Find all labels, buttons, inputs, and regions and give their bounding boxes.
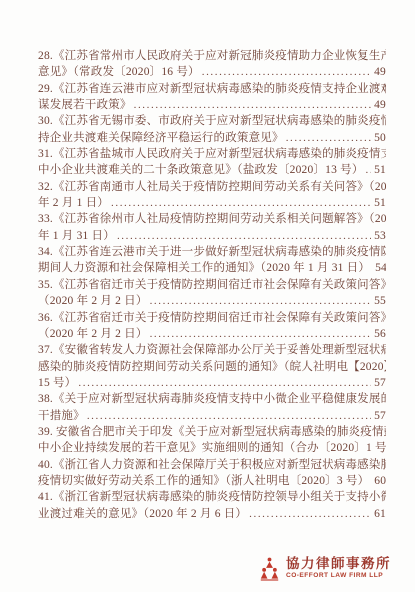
- page-number: 49: [374, 64, 386, 80]
- toc-entry: 35.《江苏省宿迁市关于疫情防控期间宿迁市社会保障有关政策问答》（2020 年 …: [38, 277, 386, 310]
- toc-line-text: 30.《江苏省无锡市委、市政府关于应对新型冠状病毒感染的肺炎疫情支: [38, 113, 386, 129]
- toc-line: 28.《江苏省常州市人民政府关于应对新冠肺炎疫情助力企业恢复生产的: [38, 48, 386, 64]
- toc-line: 40.《浙江省人力资源和社会保障厅关于积极应对新型冠状病毒感染肺炎: [38, 457, 386, 473]
- toc-line: 谋发展若干政策》49: [38, 97, 386, 113]
- toc-entry: 33.《江苏省徐州市人社局疫情防控期间劳动关系相关问题解答》（2020年 1 月…: [38, 211, 386, 244]
- toc-line-text: 33.《江苏省徐州市人社局疫情防控期间劳动关系相关问题解答》（2020: [38, 211, 386, 227]
- page-number: 49: [374, 97, 386, 113]
- toc-entry: 39. 安徽省合肥市关于印发《关于应对新型冠状病毒感染的肺炎疫情鼓励中小企业持续…: [38, 424, 386, 457]
- toc-line: 持企业共渡难关保障经济平稳运行的政策意见》50: [38, 130, 386, 146]
- toc-line-text: 40.《浙江省人力资源和社会保障厅关于积极应对新型冠状病毒感染肺炎: [38, 457, 386, 473]
- toc-line-text: 中小企业持续发展的若干意见》实施细则的通知（合办〔2020〕1 号）: [38, 440, 386, 456]
- toc-line: 中小企业共渡难关的二十条政策意见》（盐政发〔2020〕13 号）51: [38, 162, 386, 178]
- dot-leader: [202, 64, 371, 80]
- toc-line: 35.《江苏省宿迁市关于疫情防控期间宿迁市社会保障有关政策问答》: [38, 277, 386, 293]
- toc-line-text: 32.《江苏省南通市人社局关于疫情防控期间劳动关系有关问答》（2020: [38, 179, 386, 195]
- toc-entry: 34.《江苏省连云港市关于进一步做好新型冠状病毒感染的肺炎疫情防控期间人力资源和…: [38, 244, 386, 277]
- dot-leader: [150, 326, 372, 342]
- toc-line: 干措施》57: [38, 408, 386, 424]
- toc-entry: 31.《江苏省盐城市人民政府关于应对新型冠状病毒感染的肺炎疫情支持中小企业共渡难…: [38, 146, 386, 179]
- toc-line-text: 29.《江苏省连云港市应对新型冠状病毒感染的肺炎疫情支持企业渡难关: [38, 81, 386, 97]
- page-number: 54: [375, 260, 386, 276]
- toc-line-text: 41.《浙江省新型冠状病毒感染的肺炎疫情防控领导小组关于支持小微企: [38, 489, 386, 505]
- toc-line: （2020 年 2 月 2 日）55: [38, 293, 386, 309]
- toc-line: 33.《江苏省徐州市人社局疫情防控期间劳动关系相关问题解答》（2020: [38, 211, 386, 227]
- toc-line-text: 期间人力资源和社会保障相关工作的通知》（2020 年 1 月 31 日）: [38, 260, 370, 276]
- firm-names: 協力律師事務所 CO-EFFORT LAW FIRM LLP: [286, 557, 391, 580]
- page-number: 53: [374, 228, 386, 244]
- law-firm-emblem-icon: [258, 556, 281, 581]
- toc-line: 中小企业持续发展的若干意见》实施细则的通知（合办〔2020〕1 号）59: [38, 440, 386, 456]
- toc-line-text: 36.《江苏省宿迁市关于疫情防控期间宿迁市社会保障有关政策问答》: [38, 310, 386, 326]
- page-number: 60: [374, 473, 386, 489]
- toc-line: 感染的肺炎疫情防控期间劳动关系问题的通知》（皖人社明电【2020】: [38, 359, 386, 375]
- document-page: 28.《江苏省常州市人民政府关于应对新冠肺炎疫情助力企业恢复生产的意见》（常政发…: [0, 0, 415, 592]
- toc-line: 37.《安徽省转发人力资源社会保障部办公厅关于妥善处理新型冠状病毒: [38, 342, 386, 358]
- toc-line: 34.《江苏省连云港市关于进一步做好新型冠状病毒感染的肺炎疫情防控: [38, 244, 386, 260]
- firm-name-zh: 協力律師事務所: [286, 557, 391, 571]
- toc-line: 38.《关于应对新型冠状病毒肺炎疫情支持中小微企业平稳健康发展的若: [38, 391, 386, 407]
- toc-line-text: 谋发展若干政策》: [38, 97, 132, 113]
- footer-logo: 協力律師事務所 CO-EFFORT LAW FIRM LLP: [258, 556, 391, 581]
- toc-line-text: 持企业共渡难关保障经济平稳运行的政策意见》: [38, 130, 284, 146]
- toc-line: 意见》（常政发〔2020〕16 号）49: [38, 64, 386, 80]
- toc-line-text: 39. 安徽省合肥市关于印发《关于应对新型冠状病毒感染的肺炎疫情鼓励: [38, 424, 386, 440]
- toc-entry: 40.《浙江省人力资源和社会保障厅关于积极应对新型冠状病毒感染肺炎疫情切实做好劳…: [38, 457, 386, 490]
- toc-line: 39. 安徽省合肥市关于印发《关于应对新型冠状病毒感染的肺炎疫情鼓励: [38, 424, 386, 440]
- toc-line-text: 疫情切实做好劳动关系工作的通知》（浙人社明电〔2020〕3 号）: [38, 473, 369, 489]
- page-number: 57: [374, 375, 386, 391]
- page-number: 51: [374, 195, 386, 211]
- dot-leader: [78, 375, 371, 391]
- page-number: 50: [374, 130, 386, 146]
- toc-line-text: 年 2 月 1 日）: [38, 195, 109, 211]
- toc-line-text: 38.《关于应对新型冠状病毒肺炎疫情支持中小微企业平稳健康发展的若: [38, 391, 386, 407]
- toc-line: 31.《江苏省盐城市人民政府关于应对新型冠状病毒感染的肺炎疫情支持: [38, 146, 386, 162]
- toc-entry: 28.《江苏省常州市人民政府关于应对新冠肺炎疫情助力企业恢复生产的意见》（常政发…: [38, 48, 386, 81]
- dot-leader: [366, 162, 372, 178]
- toc-line: 年 1 月 31 日）53: [38, 228, 386, 244]
- toc-line: 41.《浙江省新型冠状病毒感染的肺炎疫情防控领导小组关于支持小微企: [38, 489, 386, 505]
- toc-line: 业渡过难关的意见》（2020 年 2 月 6 日）61: [38, 506, 386, 522]
- toc-line-text: 干措施》: [38, 408, 85, 424]
- dot-leader: [286, 130, 371, 146]
- toc-entry: 37.《安徽省转发人力资源社会保障部办公厅关于妥善处理新型冠状病毒感染的肺炎疫情…: [38, 342, 386, 391]
- dot-leader: [117, 228, 371, 244]
- dot-leader: [249, 506, 371, 522]
- page-number: 51: [374, 162, 386, 178]
- toc-line-text: 意见》（常政发〔2020〕16 号）: [38, 64, 200, 80]
- toc-entry: 32.《江苏省南通市人社局关于疫情防控期间劳动关系有关问答》（2020年 2 月…: [38, 179, 386, 212]
- toc-line-text: 35.《江苏省宿迁市关于疫情防控期间宿迁市社会保障有关政策问答》: [38, 277, 386, 293]
- toc-line: 期间人力资源和社会保障相关工作的通知》（2020 年 1 月 31 日）54: [38, 260, 386, 276]
- toc-entry: 38.《关于应对新型冠状病毒肺炎疫情支持中小微企业平稳健康发展的若干措施》57: [38, 391, 386, 424]
- dot-leader: [134, 97, 371, 113]
- toc-line: 36.《江苏省宿迁市关于疫情防控期间宿迁市社会保障有关政策问答》: [38, 310, 386, 326]
- toc-line-text: 年 1 月 31 日）: [38, 228, 115, 244]
- page-number: 61: [374, 506, 386, 522]
- toc-line-text: 15 号）: [38, 375, 76, 391]
- toc-entry: 30.《江苏省无锡市委、市政府关于应对新型冠状病毒感染的肺炎疫情支持企业共渡难关…: [38, 113, 386, 146]
- dot-leader: [87, 408, 371, 424]
- page-number: 56: [374, 326, 386, 342]
- page-number: 55: [374, 293, 386, 309]
- toc-entry: 29.《江苏省连云港市应对新型冠状病毒感染的肺炎疫情支持企业渡难关谋发展若干政策…: [38, 81, 386, 114]
- firm-name-en: CO-EFFORT LAW FIRM LLP: [286, 572, 391, 580]
- toc-line-text: 37.《安徽省转发人力资源社会保障部办公厅关于妥善处理新型冠状病毒: [38, 342, 386, 358]
- table-of-contents: 28.《江苏省常州市人民政府关于应对新冠肺炎疫情助力企业恢复生产的意见》（常政发…: [38, 48, 386, 522]
- toc-line: 29.《江苏省连云港市应对新型冠状病毒感染的肺炎疫情支持企业渡难关: [38, 81, 386, 97]
- toc-line-text: 业渡过难关的意见》（2020 年 2 月 6 日）: [38, 506, 247, 522]
- toc-line-text: 34.《江苏省连云港市关于进一步做好新型冠状病毒感染的肺炎疫情防控: [38, 244, 386, 260]
- toc-entry: 41.《浙江省新型冠状病毒感染的肺炎疫情防控领导小组关于支持小微企业渡过难关的意…: [38, 489, 386, 522]
- toc-line: 30.《江苏省无锡市委、市政府关于应对新型冠状病毒感染的肺炎疫情支: [38, 113, 386, 129]
- toc-line: （2020 年 2 月 2 日）56: [38, 326, 386, 342]
- toc-line-text: 中小企业共渡难关的二十条政策意见》（盐政发〔2020〕13 号）: [38, 162, 364, 178]
- page-number: 57: [374, 408, 386, 424]
- toc-line-text: （2020 年 2 月 2 日）: [38, 326, 148, 342]
- dot-leader: [150, 293, 372, 309]
- toc-line: 32.《江苏省南通市人社局关于疫情防控期间劳动关系有关问答》（2020: [38, 179, 386, 195]
- toc-entry: 36.《江苏省宿迁市关于疫情防控期间宿迁市社会保障有关政策问答》（2020 年 …: [38, 310, 386, 343]
- dot-leader: [111, 195, 371, 211]
- toc-line-text: （2020 年 2 月 2 日）: [38, 293, 148, 309]
- toc-line-text: 28.《江苏省常州市人民政府关于应对新冠肺炎疫情助力企业恢复生产的: [38, 48, 386, 64]
- toc-line-text: 31.《江苏省盐城市人民政府关于应对新型冠状病毒感染的肺炎疫情支持: [38, 146, 386, 162]
- toc-line: 疫情切实做好劳动关系工作的通知》（浙人社明电〔2020〕3 号）60: [38, 473, 386, 489]
- toc-line: 年 2 月 1 日）51: [38, 195, 386, 211]
- toc-line: 15 号）57: [38, 375, 386, 391]
- toc-line-text: 感染的肺炎疫情防控期间劳动关系问题的通知》（皖人社明电【2020】: [38, 359, 386, 375]
